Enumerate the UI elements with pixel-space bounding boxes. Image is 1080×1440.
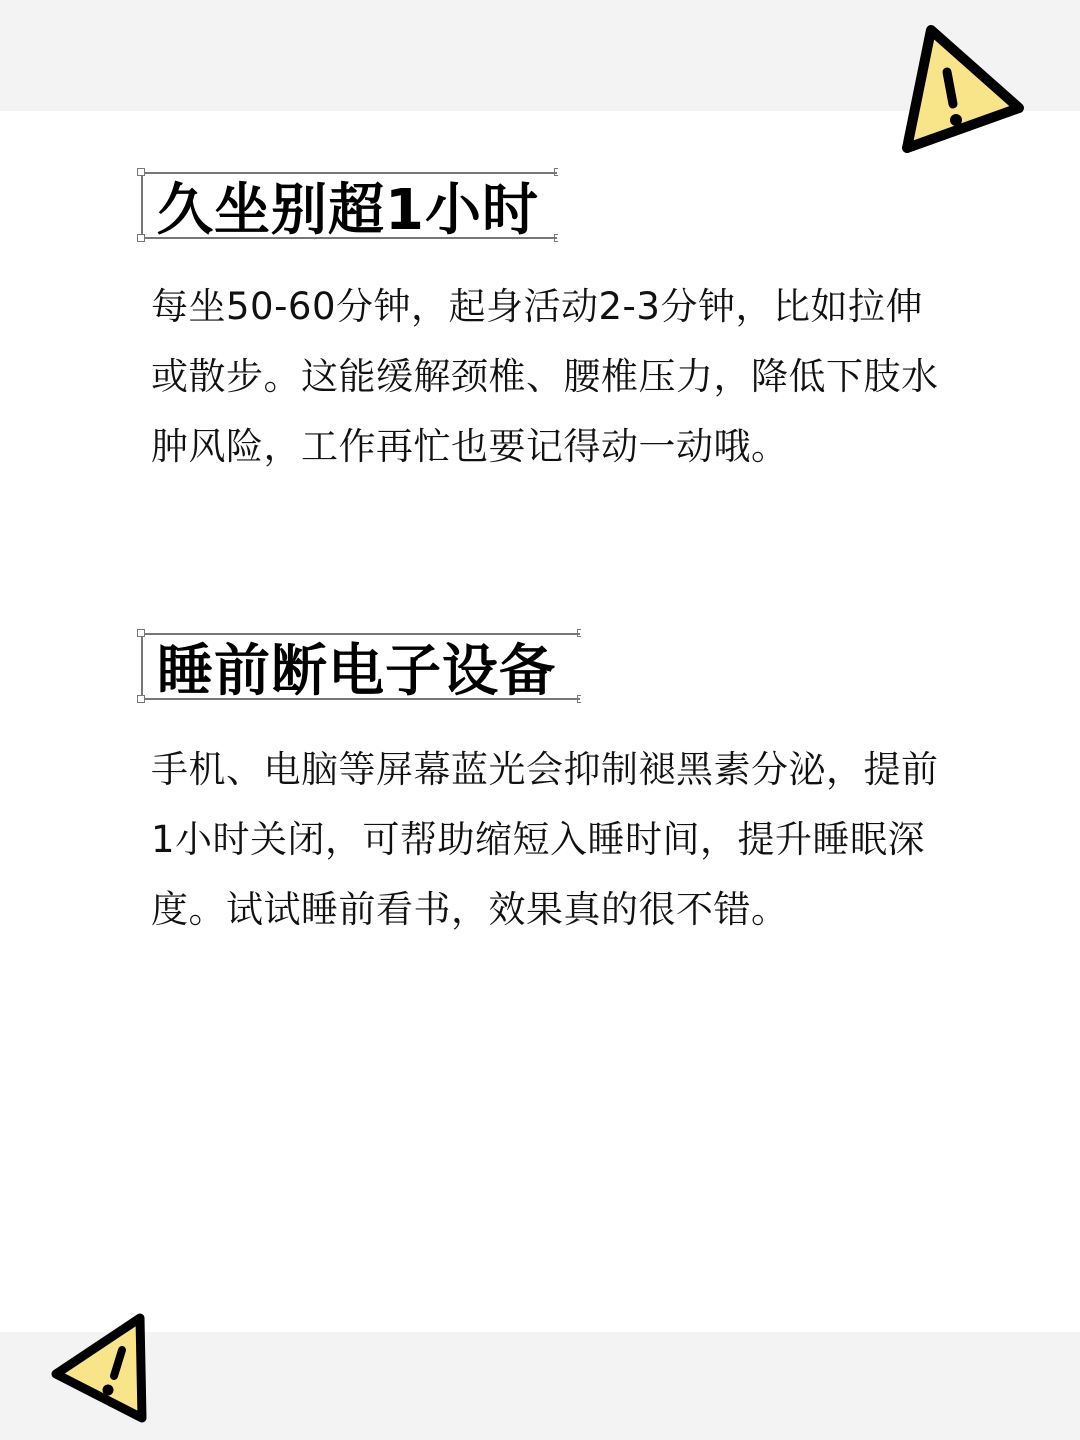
section-body: 每坐50-60分钟，起身活动2-3分钟，比如拉伸或散步。这能缓解颈椎、腰椎压力，… — [151, 272, 941, 482]
warning-triangle-icon — [895, 20, 1030, 160]
section-heading-box: 久坐别超1小时 — [141, 172, 557, 239]
resize-handle — [577, 695, 581, 703]
resize-handle — [554, 168, 558, 176]
resize-handle — [554, 234, 558, 242]
section-body: 手机、电脑等屏幕蓝光会抑制褪黑素分泌，提前1小时关闭，可帮助缩短入睡时间，提升睡… — [151, 735, 941, 945]
resize-handle — [137, 168, 145, 176]
bottom-gray-band — [0, 1332, 1080, 1440]
section-title: 睡前断电子设备 — [143, 627, 556, 707]
warning-triangle-icon — [48, 1310, 148, 1425]
section-heading-box: 睡前断电子设备 — [141, 633, 580, 700]
resize-handle — [137, 629, 145, 637]
resize-handle — [577, 629, 581, 637]
section-title: 久坐别超1小时 — [143, 166, 539, 246]
resize-handle — [137, 695, 145, 703]
resize-handle — [137, 234, 145, 242]
